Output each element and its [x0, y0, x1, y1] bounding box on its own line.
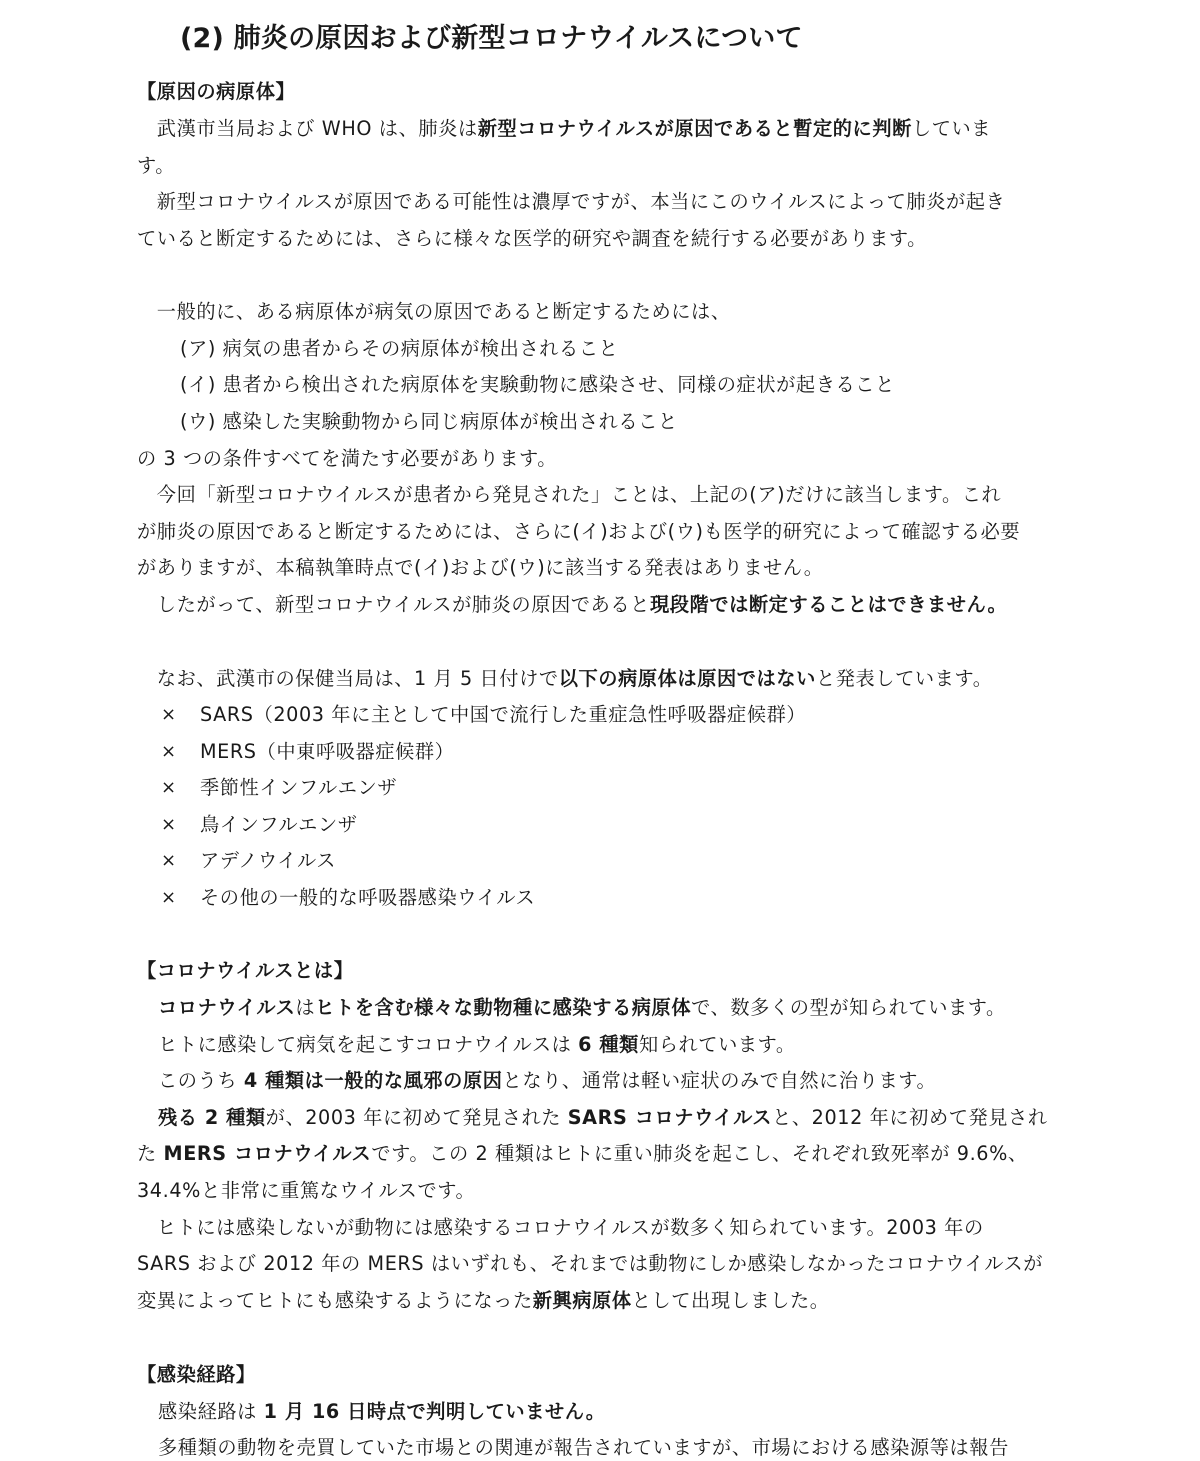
paragraph-line: ヒトに感染して病気を起こすコロナウイルスは 6 種類知られています。	[158, 1032, 796, 1058]
paragraph-line: このうち 4 種類は一般的な風邪の原因となり、通常は軽い症状のみで自然に治ります…	[158, 1068, 936, 1094]
cross-icon: ×	[161, 885, 181, 911]
text-span: していま	[912, 117, 991, 140]
paragraph-line: なお、武漢市の保健当局は、1 月 5 日付けで以下の病原体は原因ではないと発表し…	[137, 666, 993, 692]
text-span: 変異によってヒトにも感染するようになった	[137, 1289, 533, 1312]
excluded-pathogen-label: アデノウイルス	[200, 848, 336, 874]
text-span: したがって、新型コロナウイルスが肺炎の原因であると	[137, 593, 650, 616]
text-span: が、2003 年に初めて発見された	[266, 1106, 568, 1129]
cross-icon: ×	[161, 775, 181, 801]
bold-text: コロナウイルス	[158, 996, 295, 1019]
page-title: (2) 肺炎の原因および新型コロナウイルスについて	[180, 16, 803, 55]
section-heading-coronavirus: 【コロナウイルスとは】	[137, 958, 354, 984]
text-span: と発表しています。	[816, 667, 993, 690]
excluded-pathogen-label: 季節性インフルエンザ	[200, 775, 397, 801]
text-span: 感染経路は	[158, 1400, 264, 1423]
section-heading-transmission: 【感染経路】	[137, 1362, 256, 1388]
text-span: は	[295, 996, 315, 1019]
text-span: で、数多くの型が知られています。	[691, 996, 1006, 1019]
paragraph-line: す。	[137, 153, 175, 179]
bold-text: 6 種類	[578, 1033, 639, 1056]
bold-text: 以下の病原体は原因ではない	[559, 667, 816, 690]
text-span: 武漢市当局および WHO は、肺炎は	[137, 117, 478, 140]
paragraph-line: 変異によってヒトにも感染するようになった新興病原体として出現しました。	[137, 1288, 830, 1314]
bold-text: 残る 2 種類	[158, 1106, 266, 1129]
bold-text: 1 月 16 日時点で判明していません。	[264, 1400, 606, 1423]
text-span: として出現しました。	[632, 1289, 830, 1312]
text-span: このうち	[158, 1069, 244, 1092]
cross-icon: ×	[161, 702, 181, 728]
text-span: です。この 2 種類はヒトに重い肺炎を起こし、それぞれ致死率が 9.6%、	[371, 1142, 1027, 1165]
excluded-pathogen-label: MERS（中東呼吸器症候群）	[200, 739, 454, 765]
paragraph-line: 34.4%と非常に重篤なウイルスです。	[137, 1178, 475, 1204]
cross-icon: ×	[161, 739, 181, 765]
bold-text: 現段階では断定することはできません。	[650, 593, 1007, 616]
bold-text: SARS コロナウイルス	[568, 1106, 772, 1129]
bold-text: 新興病原体	[533, 1289, 632, 1312]
bold-text: 新型コロナウイルスが原因であると暫定的に判断	[478, 117, 912, 140]
paragraph-line: コロナウイルスはヒトを含む様々な動物種に感染する病原体で、数多くの型が知られてい…	[158, 995, 1006, 1021]
text-span: と、2012 年に初めて発見され	[772, 1106, 1048, 1129]
condition-item-i: (イ) 患者から検出された病原体を実験動物に感染させ、同様の症状が起きること	[180, 372, 895, 398]
paragraph-line: 今回「新型コロナウイルスが患者から発見された」ことは、上記の(ア)だけに該当しま…	[137, 482, 1001, 508]
text-span: 知られています。	[639, 1033, 796, 1056]
section-heading-cause: 【原因の病原体】	[137, 79, 295, 105]
paragraph-line: が肺炎の原因であると断定するためには、さらに(イ)および(ウ)も医学的研究によっ…	[137, 519, 1020, 545]
text-span: なお、武漢市の保健当局は、1 月 5 日付けで	[137, 667, 559, 690]
excluded-pathogen-label: SARS（2003 年に主として中国で流行した重症急性呼吸器症候群）	[200, 702, 806, 728]
bold-text: 4 種類は一般的な風邪の原因	[244, 1069, 503, 1092]
paragraph-line: た MERS コロナウイルスです。この 2 種類はヒトに重い肺炎を起こし、それぞ…	[137, 1141, 1028, 1167]
paragraph-line: ヒトには感染しないが動物には感染するコロナウイルスが数多く知られています。200…	[137, 1215, 984, 1241]
document-page: (2) 肺炎の原因および新型コロナウイルスについて 【原因の病原体】 武漢市当局…	[0, 0, 1200, 1461]
paragraph-line: 感染経路は 1 月 16 日時点で判明していません。	[158, 1399, 606, 1425]
paragraph-line: ていると断定するためには、さらに様々な医学的研究や調査を続行する必要があります。	[137, 226, 927, 252]
bold-text: ヒトを含む様々な動物種に感染する病原体	[315, 996, 691, 1019]
paragraph-line: 多種類の動物を売買していた市場との関連が報告されていますが、市場における感染源等…	[158, 1435, 1009, 1461]
paragraph-line: 一般的に、ある病原体が病気の原因であると断定するためには、	[137, 299, 731, 325]
paragraph-line: 新型コロナウイルスが原因である可能性は濃厚ですが、本当にこのウイルスによって肺炎…	[137, 189, 1005, 215]
paragraph-line: SARS および 2012 年の MERS はいずれも、それまでは動物にしか感染…	[137, 1251, 1043, 1277]
paragraph-line: したがって、新型コロナウイルスが肺炎の原因であると現段階では断定することはできま…	[137, 592, 1007, 618]
condition-item-a: (ア) 病気の患者からその病原体が検出されること	[180, 336, 618, 362]
condition-item-u: (ウ) 感染した実験動物から同じ病原体が検出されること	[180, 409, 678, 435]
text-span: となり、通常は軽い症状のみで自然に治ります。	[503, 1069, 937, 1092]
paragraph-line: 武漢市当局および WHO は、肺炎は新型コロナウイルスが原因であると暫定的に判断…	[137, 116, 991, 142]
cross-icon: ×	[161, 848, 181, 874]
text-span: ヒトに感染して病気を起こすコロナウイルスは	[158, 1033, 578, 1056]
excluded-pathogen-label: その他の一般的な呼吸器感染ウイルス	[200, 885, 535, 911]
paragraph-line: の 3 つの条件すべてを満たす必要があります。	[137, 446, 557, 472]
cross-icon: ×	[161, 812, 181, 838]
excluded-pathogen-label: 鳥インフルエンザ	[200, 812, 358, 838]
paragraph-line: がありますが、本稿執筆時点で(イ)および(ウ)に該当する発表はありません。	[137, 555, 823, 581]
paragraph-line: 残る 2 種類が、2003 年に初めて発見された SARS コロナウイルスと、2…	[158, 1105, 1048, 1131]
text-span: た	[137, 1142, 164, 1165]
bold-text: MERS コロナウイルス	[164, 1142, 372, 1165]
